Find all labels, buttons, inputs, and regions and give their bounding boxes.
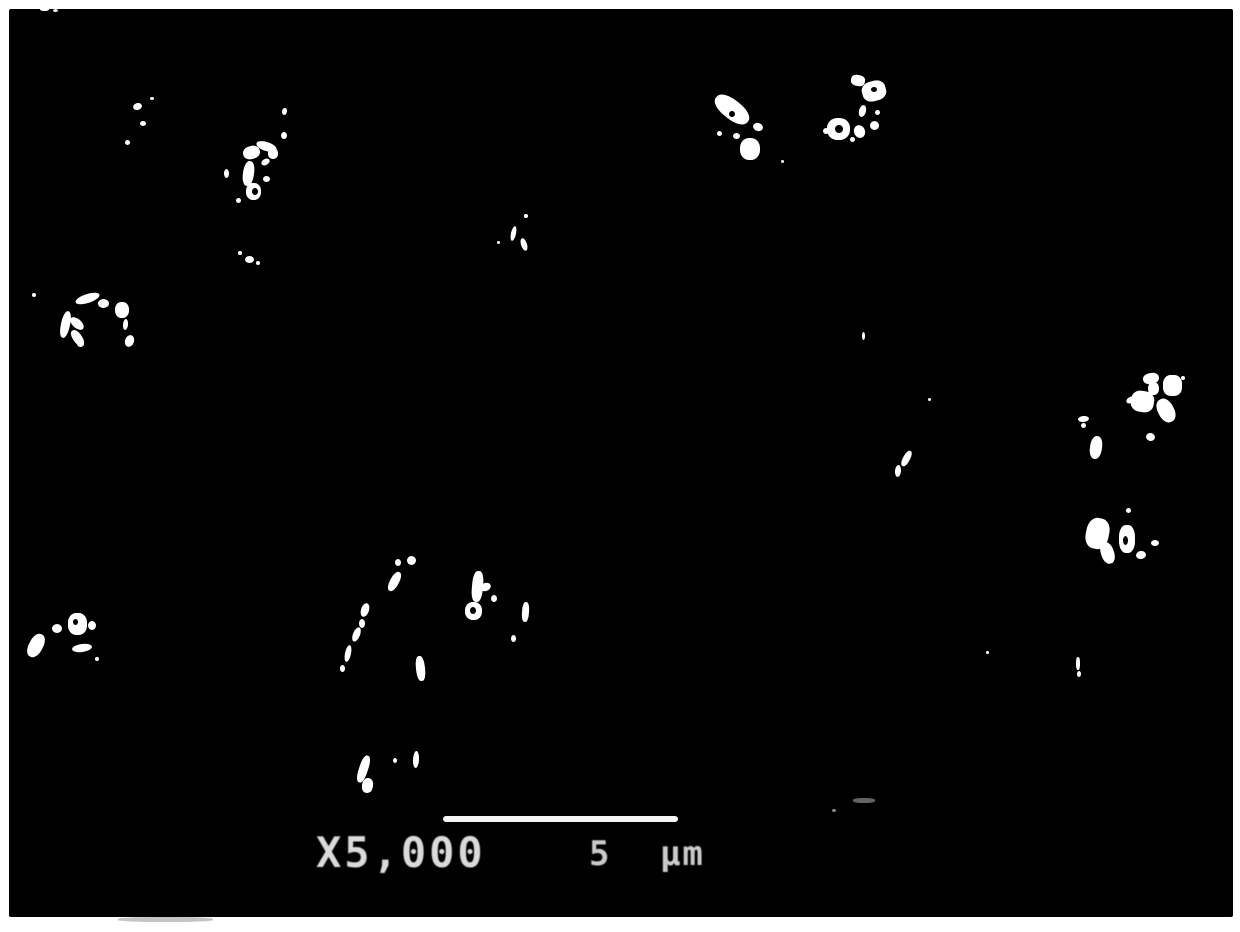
particle-blob (1135, 550, 1146, 560)
particle-blob (118, 917, 213, 922)
particle-blob (415, 656, 427, 682)
particle-blob (393, 758, 397, 763)
particle-blob (928, 398, 931, 401)
particle-blob (519, 237, 529, 251)
particle-layer (0, 0, 1240, 932)
particle-blob (395, 559, 401, 566)
particle-blob (32, 293, 36, 297)
particle-blob (88, 621, 96, 630)
particle-blob (1076, 657, 1080, 670)
particle-blob (359, 602, 371, 618)
particle-blob (862, 332, 865, 340)
particle-blob (367, 786, 372, 792)
particle-blob (263, 176, 270, 182)
particle-blob (413, 751, 420, 768)
particle-blob (340, 665, 345, 672)
particle-blob (72, 643, 93, 654)
particle-blob (256, 261, 260, 265)
particle-blob (858, 104, 868, 117)
sem-micrograph-figure: X5,000 5 μm (0, 0, 1240, 932)
particle-blob (123, 319, 129, 330)
particle-blob (343, 645, 352, 663)
particle-blob (470, 607, 476, 614)
particle-blob (73, 619, 78, 625)
particle-blob (260, 157, 271, 167)
particle-blob (74, 290, 101, 306)
particle-blob (871, 87, 877, 92)
particle-blob (350, 626, 362, 643)
particle-blob (53, 9, 58, 12)
particle-blob (509, 226, 517, 242)
particle-blob (132, 102, 143, 112)
particle-blob (359, 619, 365, 628)
particle-blob (386, 570, 404, 593)
particle-blob (894, 465, 901, 477)
particle-blob (835, 125, 843, 133)
scale-length-label: 5 μm (589, 834, 705, 874)
particle-blob (899, 449, 913, 467)
particle-blob (40, 7, 49, 11)
particle-blob (407, 556, 416, 565)
particle-blob (1181, 376, 1185, 380)
particle-blob (68, 613, 87, 635)
particle-blob (1088, 435, 1103, 459)
particle-blob (710, 90, 753, 130)
particle-blob (245, 256, 254, 263)
particle-blob (1078, 416, 1089, 423)
particle-blob (1163, 375, 1182, 396)
particle-blob (224, 169, 229, 178)
particle-blob (497, 241, 500, 244)
particle-blob (850, 137, 855, 142)
particle-blob (491, 595, 497, 602)
particle-blob (95, 657, 99, 661)
particle-blob (524, 214, 528, 218)
particle-blob (236, 198, 241, 203)
particle-blob (986, 651, 989, 654)
particle-blob (52, 624, 62, 633)
particle-blob (24, 631, 48, 660)
particle-blob (781, 160, 784, 163)
particle-blob (823, 128, 829, 134)
particle-blob (77, 341, 84, 347)
particle-blob (740, 138, 760, 160)
particle-blob (252, 188, 258, 195)
particle-blob (1077, 671, 1081, 677)
particle-blob (853, 798, 875, 803)
particle-blob (140, 121, 146, 126)
particle-blob (1145, 432, 1156, 442)
particle-blob (521, 602, 529, 622)
particle-blob (870, 121, 879, 130)
scale-bar (443, 816, 678, 822)
particle-blob (752, 122, 764, 133)
particle-blob (1153, 396, 1179, 426)
particle-blob (1098, 541, 1117, 566)
particle-blob (125, 140, 130, 145)
particle-blob (281, 132, 287, 139)
particle-blob (123, 334, 135, 348)
particle-blob (238, 251, 242, 255)
particle-blob (115, 302, 129, 318)
particle-blob (150, 97, 154, 100)
particle-blob (1151, 540, 1159, 546)
particle-blob (281, 108, 287, 116)
particle-blob (1123, 536, 1128, 545)
particle-blob (68, 315, 86, 332)
particle-blob (268, 148, 278, 159)
particle-blob (733, 133, 740, 139)
magnification-label: X5,000 (316, 828, 486, 877)
particle-blob (717, 131, 722, 136)
particle-blob (875, 110, 880, 115)
particle-blob (1081, 423, 1086, 428)
particle-blob (1126, 508, 1131, 513)
particle-blob (832, 809, 836, 812)
particle-blob (98, 299, 109, 308)
particle-blob (511, 635, 516, 642)
